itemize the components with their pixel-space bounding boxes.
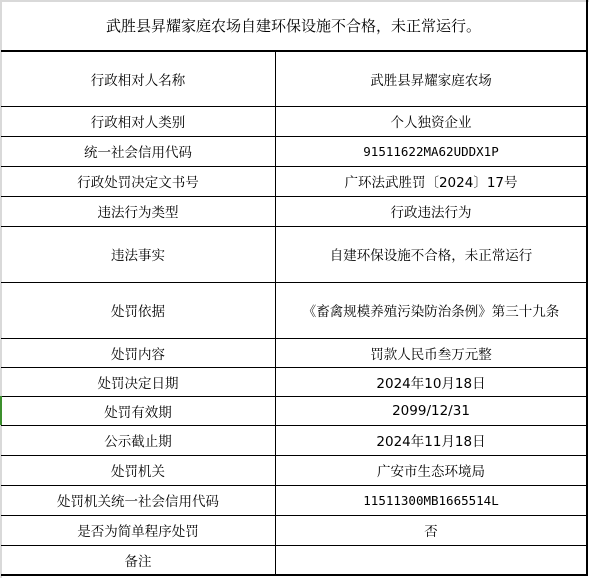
field-value-cell[interactable]: 2024年10月18日	[276, 367, 588, 396]
field-label-cell[interactable]: 处罚依据	[1, 282, 276, 338]
field-value-cell[interactable]: 2099/12/31	[276, 396, 588, 425]
field-label-cell[interactable]: 行政处罚决定文书号	[1, 166, 276, 196]
field-value-cell[interactable]: 广安市生态环境局	[276, 455, 588, 485]
field-value-cell[interactable]: 广环法武胜罚〔2024〕17号	[276, 166, 588, 196]
field-label-cell[interactable]: 违法事实	[1, 226, 276, 282]
table-title[interactable]: 武胜县昇耀家庭农场自建环保设施不合格，未正常运行。	[1, 0, 588, 52]
table-row: 是否为简单程序处罚否	[1, 515, 587, 545]
table-row: 处罚依据《畜禽规模养殖污染防治条例》第三十九条	[1, 282, 587, 338]
table-row: 处罚机关广安市生态环境局	[1, 455, 587, 485]
field-label-cell[interactable]: 是否为简单程序处罚	[1, 515, 276, 545]
table-row: 处罚内容罚款人民币叁万元整	[1, 338, 587, 367]
field-label-cell[interactable]: 公示截止期	[1, 425, 276, 455]
field-label-cell[interactable]: 违法行为类型	[1, 196, 276, 226]
field-value-cell[interactable]: 个人独资企业	[276, 106, 588, 136]
table-row: 行政处罚决定文书号广环法武胜罚〔2024〕17号	[1, 166, 587, 196]
field-label-cell[interactable]: 处罚机关	[1, 455, 276, 485]
field-value-cell[interactable]: 《畜禽规模养殖污染防治条例》第三十九条	[276, 282, 588, 338]
table-row: 统一社会信用代码91511622MA62UDDX1P	[1, 136, 587, 166]
selected-cell-indicator	[0, 396, 2, 425]
field-value-cell[interactable]: 11511300MB1665514L	[276, 485, 588, 515]
field-value-cell[interactable]: 91511622MA62UDDX1P	[276, 136, 588, 166]
field-value-cell[interactable]: 2024年11月18日	[276, 425, 588, 455]
field-label-cell[interactable]: 行政相对人类别	[1, 106, 276, 136]
field-value-cell[interactable]: 自建环保设施不合格，未正常运行	[276, 226, 588, 282]
field-value-cell[interactable]: 武胜县昇耀家庭农场	[276, 52, 588, 106]
table-row: 违法事实自建环保设施不合格，未正常运行	[1, 226, 587, 282]
field-label-cell[interactable]: 行政相对人名称	[1, 52, 276, 106]
table-row: 行政相对人名称武胜县昇耀家庭农场	[1, 52, 587, 106]
field-label-cell[interactable]: 备注	[1, 545, 276, 575]
field-label-cell[interactable]: 统一社会信用代码	[1, 136, 276, 166]
field-value-cell[interactable]	[276, 545, 588, 575]
field-value-cell[interactable]: 行政违法行为	[276, 196, 588, 226]
field-label-cell[interactable]: 处罚有效期	[1, 396, 276, 425]
table-row: 备注	[1, 545, 587, 575]
field-label-cell[interactable]: 处罚内容	[1, 338, 276, 367]
table-row: 公示截止期2024年11月18日	[1, 425, 587, 455]
penalty-info-table: 行政相对人名称武胜县昇耀家庭农场行政相对人类别个人独资企业统一社会信用代码915…	[1, 52, 588, 576]
table-row: 处罚有效期2099/12/31	[1, 396, 587, 425]
field-value-cell[interactable]: 否	[276, 515, 588, 545]
table-row: 处罚机关统一社会信用代码11511300MB1665514L	[1, 485, 587, 515]
table-row: 处罚决定日期2024年10月18日	[1, 367, 587, 396]
field-value-cell[interactable]: 罚款人民币叁万元整	[276, 338, 588, 367]
table-row: 违法行为类型行政违法行为	[1, 196, 587, 226]
field-label-cell[interactable]: 处罚机关统一社会信用代码	[1, 485, 276, 515]
field-label-cell[interactable]: 处罚决定日期	[1, 367, 276, 396]
table-row: 行政相对人类别个人独资企业	[1, 106, 587, 136]
penalty-info-table-container: 武胜县昇耀家庭农场自建环保设施不合格，未正常运行。 行政相对人名称武胜县昇耀家庭…	[1, 0, 588, 576]
